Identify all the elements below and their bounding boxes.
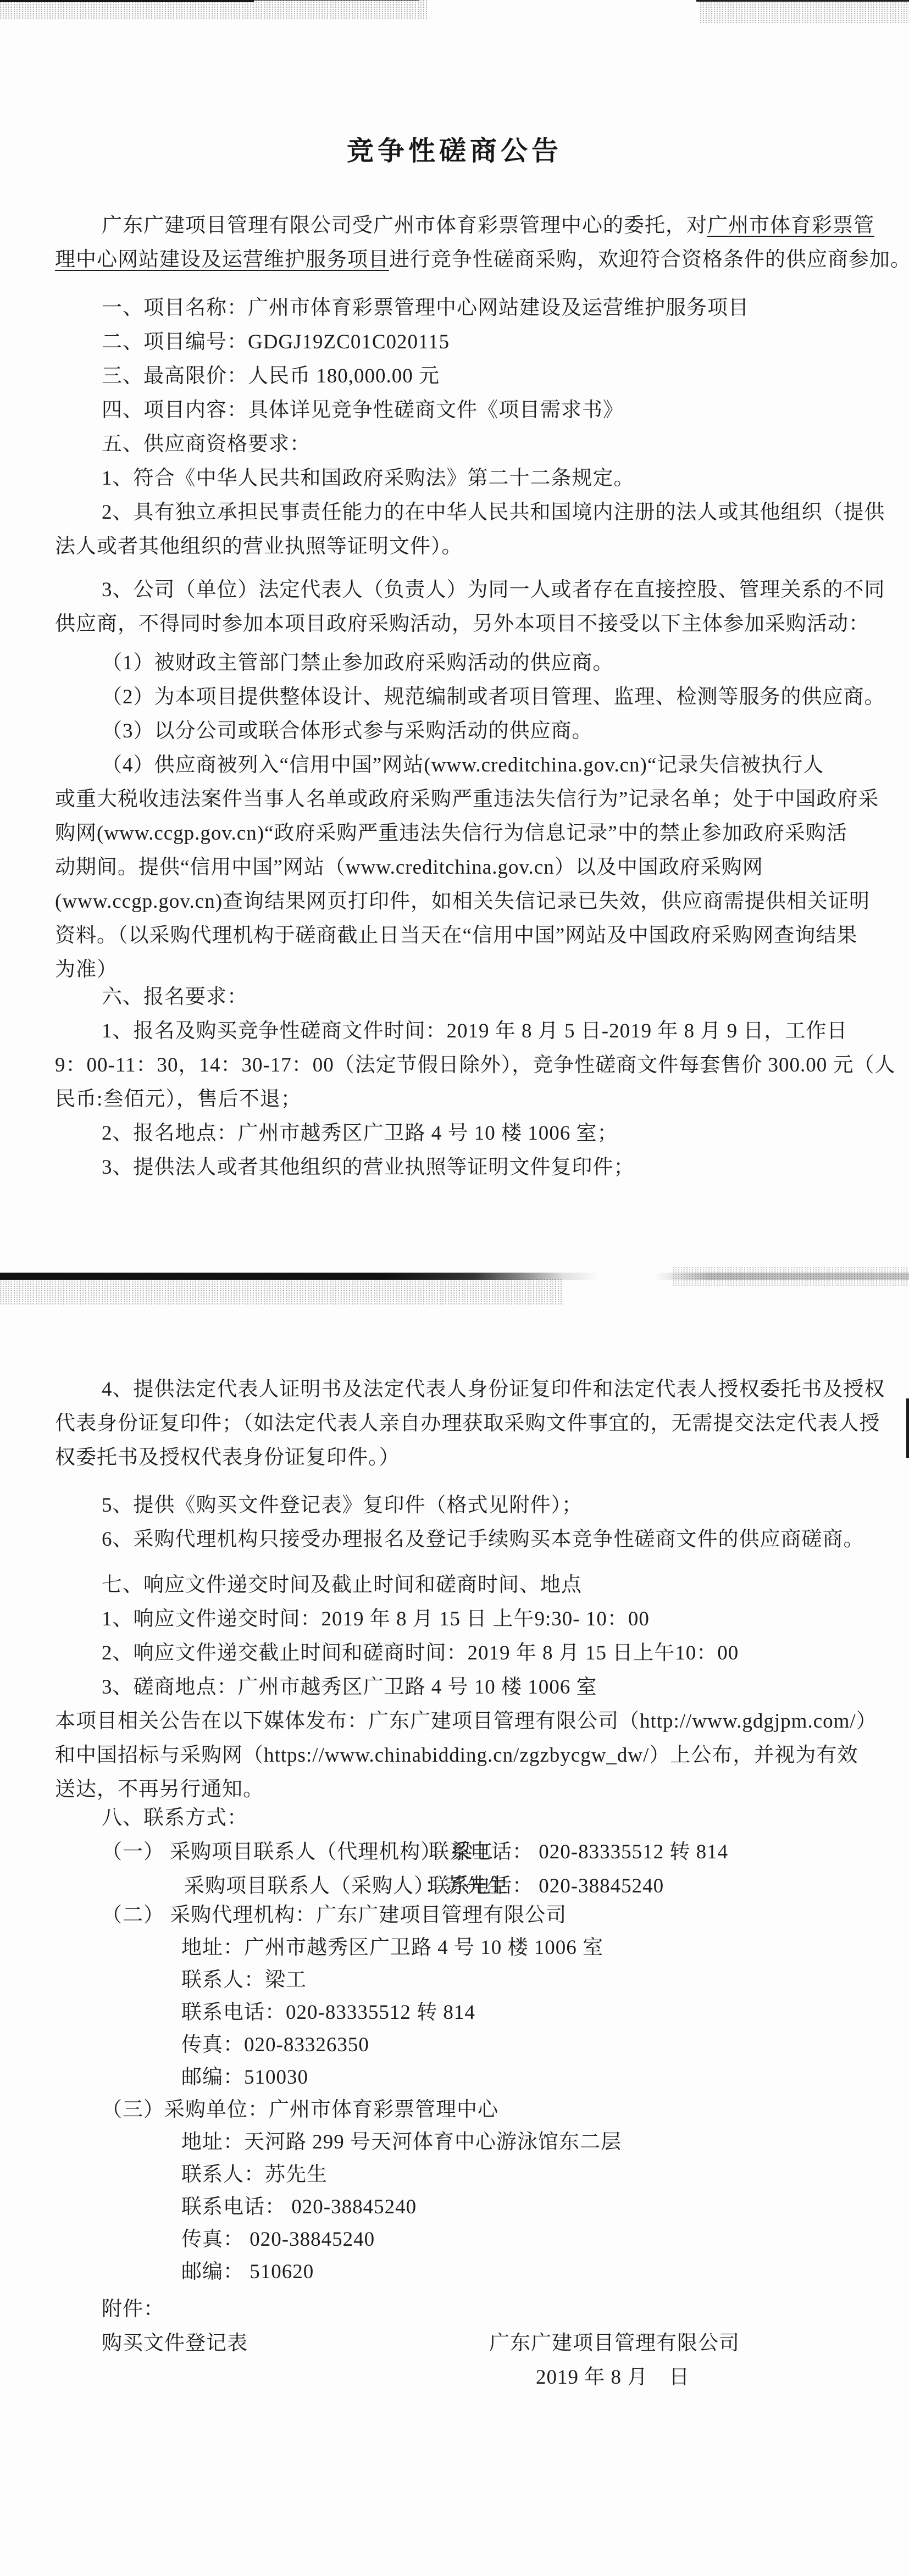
document-body: 竞争性磋商公告 广东广建项目管理有限公司受广州市体育彩票管理中心的委托，对广州市… [0,0,909,2395]
signature-date: 2019 年 8 月 日 [536,2361,690,2395]
qual-sub-item-4-line-1: （4）供应商被列入“信用中国”网站(www.creditchina.gov.cn… [55,748,854,782]
registration-item-3: 3、提供法人或者其他组织的营业执照等证明文件复印件； [55,1151,854,1185]
qualification-header: 五、供应商资格要求： [55,428,854,462]
project-content-line: 四、项目内容：具体详见竞争性磋商文件《项目需求书》 [55,393,854,428]
purchaser-block: （三）采购单位：广州市体育彩票管理中心 地址：天河路 299 号天河体育中心游泳… [55,2094,854,2288]
purchaser-person: 联系人：苏先生 [55,2158,854,2191]
purchaser-address: 地址：天河路 299 号天河体育中心游泳馆东二层 [55,2126,854,2158]
qual-sub-item-2: （2）为本项目提供整体设计、规范编制或者项目管理、监理、检测等服务的供应商。 [55,680,854,714]
page-break-gap [0,1185,909,1366]
attachment-name: 购买文件登记表 [102,2332,248,2355]
scanned-document-page: { "title": "竞争性磋商公告", "intro": { "l1_pre… [0,0,909,2576]
qual-item-2-line-1: 2、具有独立承担民事责任能力的在中华人民共和国境内注册的法人或其他组织（提供 [55,496,854,530]
contact-row-purchaser-person: 采购项目联系人（采购人）：苏先生联系电话： 020-38845240 [55,1869,854,1903]
qual-sub-item-4-line-5: (www.ccgp.gov.cn)查询结果网页打印件，如相关失信记录已失效，供应… [55,885,854,919]
contact-row-agency-person: （一） 采购项目联系人（代理机构）：梁工联系电话： 020-83335512 转… [55,1835,854,1869]
purchaser-phone: 联系电话： 020-38845240 [55,2191,854,2223]
submission-item-2: 2、响应文件递交截止时间和磋商时间：2019 年 8 月 15 日上午10：00 [55,1636,854,1670]
intro-underlined-project-name-cont: 理中心网站建设及运营维护服务项目 [55,248,389,271]
registration-item-1-line-2: 9：00-11：30，14：30-17：00（法定节假日除外），竞争性磋商文件每… [55,1048,854,1082]
page-title: 竞争性磋商公告 [55,132,854,170]
project-number-line: 二、项目编号：GDGJ19ZC01C020115 [55,325,854,359]
agency-address: 地址：广州市越秀区广卫路 4 号 10 楼 1006 室 [55,1931,854,1964]
max-price-line: 三、最高限价：人民币 180,000.00 元 [55,359,854,393]
registration-item-2: 2、报名地点：广州市越秀区广卫路 4 号 10 楼 1006 室； [55,1117,854,1151]
attachment-label: 附件： [55,2292,854,2327]
signature-row: 购买文件登记表广东广建项目管理有限公司 [55,2327,854,2361]
media-announcement-line-1: 本项目相关公告在以下媒体发布：广东广建项目管理有限公司（http://www.g… [55,1705,854,1739]
submission-item-1: 1、响应文件递交时间：2019 年 8 月 15 日 上午9:30- 10：00 [55,1602,854,1636]
agency-fax: 传真：020-83326350 [55,2029,854,2061]
registration-item-4-line-1: 4、提供法定代表人证明书及法定代表人身份证复印件和法定代表人授权委托书及授权 [55,1373,854,1407]
agency-block: （二） 采购代理机构：广东广建项目管理有限公司 地址：广州市越秀区广卫路 4 号… [55,1899,854,2094]
registration-item-4-line-3: 权委托书及授权代表身份证复印件。） [55,1441,854,1475]
intro-underlined-project-name: 广州市体育彩票管 [707,214,874,237]
intro-text: 广东广建项目管理有限公司受广州市体育彩票管理中心的委托，对 [102,214,707,237]
project-name-line: 一、项目名称：广州市体育彩票管理中心网站建设及运营维护服务项目 [55,291,854,325]
qual-item-3-line-2: 供应商，不得同时参加本项目政府采购活动，另外本项目不接受以下主体参加采购活动： [55,607,854,641]
media-announcement-line-2: 和中国招标与采购网（https://www.chinabidding.cn/zg… [55,1739,854,1773]
purchaser-fax: 传真： 020-38845240 [55,2223,854,2256]
page-break-noise-left [0,1279,563,1306]
qual-sub-item-4-line-2: 或重大税收违法案件当事人名单或政府采购严重违法失信行为”记录名单；处于中国政府采 [55,782,854,817]
intro-line-1: 广东广建项目管理有限公司受广州市体育彩票管理中心的委托，对广州市体育彩票管 [55,209,854,243]
agency-contact-phone: 联系电话： 020-83335512 转 814 [429,1835,728,1869]
registration-item-1-line-3: 民币:叁佰元），售后不退； [55,1082,854,1117]
agency-person: 联系人：梁工 [55,1964,854,1996]
qual-sub-item-4-line-4: 动期间。提供“信用中国”网站（www.creditchina.gov.cn）以及… [55,851,854,885]
agency-phone: 联系电话：020-83335512 转 814 [55,1996,854,2029]
purchaser-zip: 邮编： 510620 [55,2256,854,2288]
signature-org: 广东广建项目管理有限公司 [489,2327,740,2361]
registration-header: 六、报名要求： [55,980,854,1014]
submission-item-3: 3、磋商地点：广州市越秀区广卫路 4 号 10 楼 1006 室 [55,1670,854,1705]
intro-line-2: 理中心网站建设及运营维护服务项目进行竞争性磋商采购，欢迎符合资格条件的供应商参加… [55,243,854,277]
registration-item-5: 5、提供《购买文件登记表》复印件（格式见附件）； [55,1489,854,1523]
submission-header: 七、响应文件递交时间及截止时间和磋商时间、地点 [55,1568,854,1602]
registration-item-4-line-2: 代表身份证复印件；（如法定代表人亲自办理获取采购文件事宜的，无需提交法定代表人授 [55,1407,854,1441]
qual-item-3-line-1: 3、公司（单位）法定代表人（负责人）为同一人或者存在直接控股、管理关系的不同 [55,573,854,607]
qual-sub-item-4-line-3: 购网(www.ccgp.gov.cn)“政府采购严重违法失信行为信息记录”中的禁… [55,817,854,851]
intro-text-cont: 进行竞争性磋商采购，欢迎符合资格条件的供应商参加。 [389,248,909,271]
qual-sub-item-3: （3）以分公司或联合体形式参与采购活动的供应商。 [55,714,854,748]
purchaser-header: （三）采购单位：广州市体育彩票管理中心 [55,2094,854,2126]
registration-item-6: 6、采购代理机构只接受办理报名及登记手续购买本竞争性磋商文件的供应商磋商。 [55,1523,854,1557]
agency-header: （二） 采购代理机构：广东广建项目管理有限公司 [55,1899,854,1931]
qual-sub-item-4-line-6: 资料。（以采购代理机构于磋商截止日当天在“信用中国”网站及中国政府采购网查询结果 [55,919,854,953]
qual-item-1: 1、符合《中华人民共和国政府采购法》第二十二条规定。 [55,462,854,496]
date-row: 2019 年 8 月 日 [55,2361,854,2395]
qual-item-2-line-2: 法人或者其他组织的营业执照等证明文件）。 [55,530,854,564]
agency-zip: 邮编：510030 [55,2061,854,2094]
registration-item-1-line-1: 1、报名及购买竞争性磋商文件时间：2019 年 8 月 5 日-2019 年 8… [55,1014,854,1048]
purchaser-contact-phone: 联系电话： 020-38845240 [429,1869,664,1903]
contacts-header: 八、联系方式： [55,1801,854,1835]
page-break-noise-right [673,1267,909,1286]
qual-sub-item-1: （1）被财政主管部门禁止参加政府采购活动的供应商。 [55,646,854,680]
